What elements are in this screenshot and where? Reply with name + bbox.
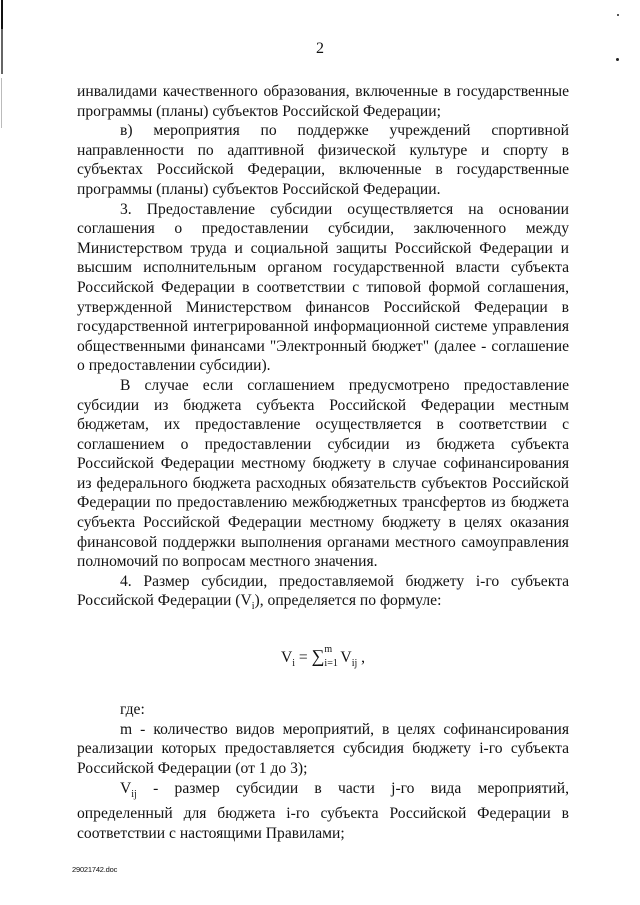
scan-edge-mark (1, 0, 3, 29)
paragraph-continuation: инвалидами качественного образования, вк… (77, 82, 569, 121)
definition-vij: Vij - размер субсидии в части j-го вида … (77, 779, 569, 844)
definition-symbol: V (120, 780, 131, 797)
sum-symbol: ∑ (312, 646, 325, 666)
page-number: 2 (0, 40, 640, 58)
where-label: где: (77, 700, 569, 720)
sum-limits: mi=1 (324, 654, 340, 664)
sum-upper-limit: m (324, 645, 332, 655)
document-body: инвалидами качественного образования, вк… (77, 82, 569, 844)
definition-m: m - количество видов мероприятий, в целя… (77, 720, 569, 779)
footer-filename: 29021742.doc (72, 865, 117, 874)
paragraph-section-3: 3. Предоставление субсидии осуществляетс… (77, 200, 569, 376)
formula-trailing: , (357, 649, 365, 666)
formula-rhs-var: V (340, 649, 351, 666)
definition-symbol: m (120, 721, 132, 738)
scan-speck (617, 14, 619, 16)
paragraph-item-v: в) мероприятия по поддержке учреждений с… (77, 121, 569, 199)
section-4-text-end: ), определяется по формуле: (255, 592, 442, 609)
definition-text: - размер субсидии в части j-го вида меро… (77, 780, 569, 842)
sum-lower-limit: i=1 (324, 659, 337, 669)
formula-lhs-var: V (281, 649, 292, 666)
paragraph-section-4: 4. Размер субсидии, предоставляемой бюдж… (77, 572, 569, 617)
scan-edge-mark (1, 78, 2, 128)
formula-equals: = (295, 649, 312, 666)
formula: Vi = ∑mi=1Vij , (77, 646, 569, 674)
paragraph-local-budgets: В случае если соглашением предусмотрено … (77, 376, 569, 572)
definition-text: - количество видов мероприятий, в целях … (77, 721, 569, 777)
scan-speck (616, 58, 619, 61)
